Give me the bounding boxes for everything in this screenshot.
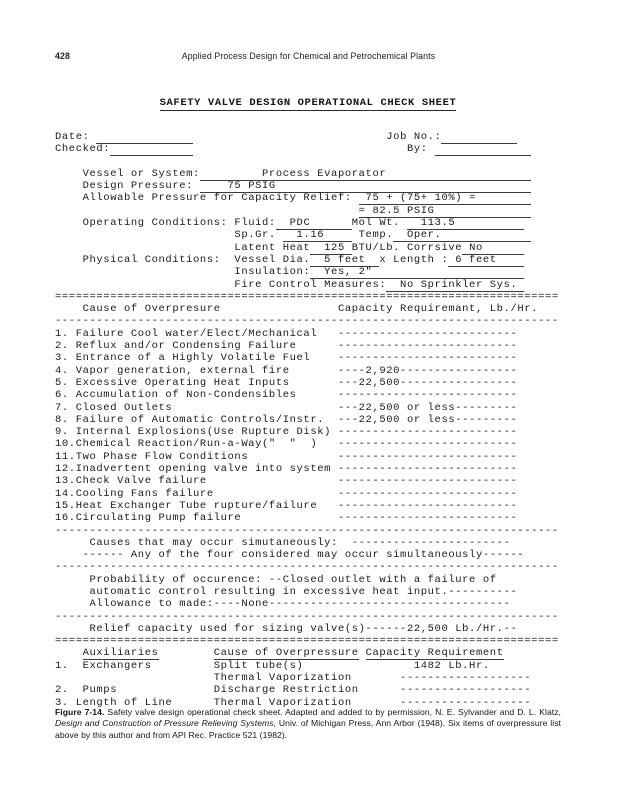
sheet-title: SAFETY VALVE DESIGN OPERATIONAL CHECK SH… (160, 97, 457, 111)
cause-row: 9. Internal Explosions(Use Rupture Disk)… (55, 426, 561, 438)
sheet-line: Allowable Pressure for Capacity Relief: … (55, 192, 561, 204)
sheet-line: Physical Conditions: Vessel Dia. 5 feet … (55, 254, 561, 266)
sheet-line: Fire Control Measures: No Sprinkler Sys. (55, 279, 561, 291)
sheet-line: ========================================… (55, 635, 561, 647)
cause-row: 4. Vapor generation, external fire ----2… (55, 365, 561, 377)
sheet-line: ------ Any of the four considered may oc… (55, 549, 561, 561)
book-page: 428 Applied Process Design for Chemical … (0, 0, 617, 800)
sheet-line: Allowance to made:----None--------------… (55, 598, 561, 610)
check-sheet: SAFETY VALVE DESIGN OPERATIONAL CHECK SH… (55, 97, 561, 709)
sheet-title-wrap: SAFETY VALVE DESIGN OPERATIONAL CHECK SH… (55, 97, 561, 110)
running-header-title: Applied Process Design for Chemical and … (55, 51, 562, 61)
cause-row: 1. Failure Cool water/Elect/Mechanical -… (55, 328, 561, 340)
sheet-line: Date: Job No.: (55, 131, 561, 143)
sheet-line: Sp.Gr. 1.16 Temp. Oper. (55, 229, 561, 241)
sheet-line: Auxiliaries Cause of Overpressure Capaci… (55, 647, 561, 659)
cause-row: 10.Chemical Reaction/Run-a-Way(" " ) ---… (55, 438, 561, 450)
sheet-line: Insulation: Yes, 2" (55, 266, 561, 278)
cause-row: 2. Reflux and/or Condensing Failure ----… (55, 340, 561, 352)
cause-row: 14.Cooling Fans failure ----------------… (55, 488, 561, 500)
sheet-line: ----------------------------------------… (55, 611, 561, 623)
cause-row: 15.Heat Exchanger Tube rupture/failure -… (55, 500, 561, 512)
sheet-line: Checked: By: (55, 143, 561, 155)
cause-row: 16.Circulating Pump failure ------------… (55, 512, 561, 524)
sheet-line: Relief capacity used for sizing valve(s)… (55, 623, 561, 635)
cause-row: 13.Check Valve failure -----------------… (55, 475, 561, 487)
cause-row: 5. Excessive Operating Heat Inputs ---22… (55, 377, 561, 389)
figure-caption: Figure 7-14. Safety valve design operati… (55, 707, 561, 741)
sheet-line: Latent Heat 125 BTU/Lb. Corrsive No (55, 242, 561, 254)
sheet-line: Probability of occurence: --Closed outle… (55, 574, 561, 586)
sheet-line: Causes that may occur simutaneously: ---… (55, 537, 561, 549)
sheet-line: ----------------------------------------… (55, 525, 561, 537)
sheet-line: ----------------------------------------… (55, 315, 561, 327)
caption-italic-title: Design and Construction of Pressure Reli… (55, 718, 276, 728)
sheet-line: Design Pressure: 75 PSIG (55, 180, 561, 192)
cause-row: 8. Failure of Automatic Controls/Instr. … (55, 414, 561, 426)
sheet-line (55, 156, 561, 168)
sheet-lines: Date: Job No.: Checked: By: Vessel or Sy… (55, 131, 561, 709)
aux-row: 2. Pumps Discharge Restriction ---------… (55, 684, 561, 696)
caption-text-before-italic: Safety valve design operational check sh… (104, 707, 561, 717)
sheet-line: automatic control resulting in excessive… (55, 586, 561, 598)
cause-row: 6. Accumulation of Non-Condensibles ----… (55, 389, 561, 401)
sheet-line: ========================================… (55, 291, 561, 303)
sheet-line: Vessel or System: Process Evaporator (55, 168, 561, 180)
aux-row: 1. Exchangers Split tube(s) 1482 Lb.Hr. (55, 660, 561, 672)
sheet-line: = 82.5 PSIG (55, 205, 561, 217)
aux-row: Thermal Vaporization ------------------- (55, 672, 561, 684)
sheet-line: ----------------------------------------… (55, 561, 561, 573)
caption-figure-label: Figure 7-14. (55, 707, 104, 717)
cause-row: 7. Closed Outlets ---22,500 or less-----… (55, 402, 561, 414)
sheet-line: Operating Conditions: Fluid: PDC Mol Wt.… (55, 217, 561, 229)
cause-row: 12.Inadvertent opening valve into system… (55, 463, 561, 475)
cause-row: 3. Entrance of a Highly Volatile Fuel --… (55, 352, 561, 364)
page-number: 428 (55, 51, 70, 61)
sheet-line: Cause of Overpresure Capacity Requireman… (55, 303, 561, 315)
running-header: 428 Applied Process Design for Chemical … (55, 51, 562, 61)
cause-row: 11.Two Phase Flow Conditions -----------… (55, 451, 561, 463)
